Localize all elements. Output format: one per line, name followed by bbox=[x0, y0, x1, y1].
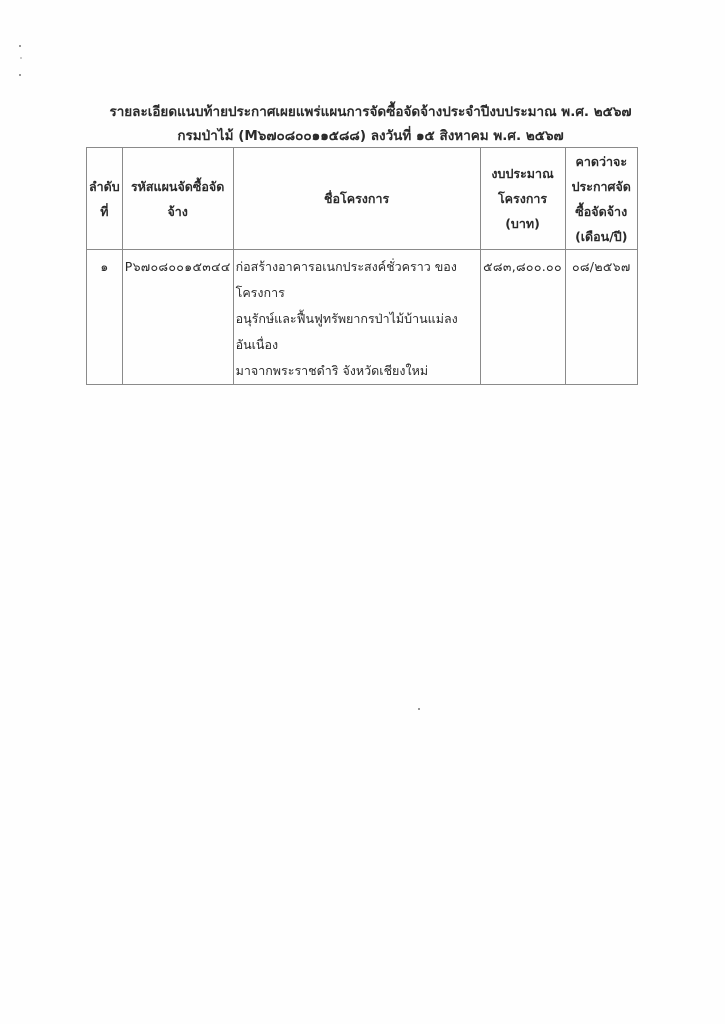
procurement-plan-table: ลำดับ ที่ รหัสแผนจัดซื้อจัด จ้าง ชื่อโคร… bbox=[86, 147, 638, 385]
document-title: รายละเอียดแนบท้ายประกาศเผยแพร่แผนการจัดซ… bbox=[8, 100, 725, 122]
header-project-name-line: ชื่อโครงการ bbox=[236, 186, 478, 211]
header-budget-line: โครงการ bbox=[483, 186, 563, 211]
header-no-line: ลำดับ bbox=[89, 174, 120, 199]
project-name-line: มาจากพระราชดำริ จังหวัดเชียงใหม่ bbox=[236, 358, 478, 384]
scan-speck bbox=[20, 57, 22, 59]
cell-expected-date: ๐๘/๒๕๖๗ bbox=[565, 250, 638, 385]
header-budget-line: งบประมาณ bbox=[483, 161, 563, 186]
header-no-line: ที่ bbox=[89, 199, 120, 224]
scan-speck bbox=[19, 45, 21, 47]
header-no: ลำดับ ที่ bbox=[87, 148, 123, 250]
header-budget: งบประมาณ โครงการ (บาท) bbox=[480, 148, 565, 250]
document-subtitle: กรมป่าไม้ (M๖๗๐๘๐๐๑๑๕๘๘) ลงวันที่ ๑๕ สิง… bbox=[8, 124, 725, 146]
header-plan-code-line: จ้าง bbox=[125, 199, 231, 224]
scan-speck bbox=[418, 708, 420, 710]
cell-no: ๑ bbox=[87, 250, 123, 385]
scan-speck bbox=[19, 74, 21, 76]
scanned-document-page: รายละเอียดแนบท้ายประกาศเผยแพร่แผนการจัดซ… bbox=[0, 0, 725, 1024]
cell-project-name: ก่อสร้างอาคารอเนกประสงค์ชั่วคราว ของโครง… bbox=[233, 250, 480, 385]
header-expected-date-line: ซื้อจัดจ้าง bbox=[568, 199, 636, 224]
project-name-line: อนุรักษ์และฟื้นฟูทรัพยากรป่าไม้บ้านแม่ลง… bbox=[236, 306, 478, 358]
header-budget-line: (บาท) bbox=[483, 211, 563, 236]
header-expected-date-line: (เดือน/ปี) bbox=[568, 224, 636, 249]
header-project-name: ชื่อโครงการ bbox=[233, 148, 480, 250]
table-row: ๑ P๖๗๐๘๐๐๑๕๓๔๔ ก่อสร้างอาคารอเนกประสงค์ช… bbox=[87, 250, 638, 385]
table-header-row: ลำดับ ที่ รหัสแผนจัดซื้อจัด จ้าง ชื่อโคร… bbox=[87, 148, 638, 250]
header-plan-code-line: รหัสแผนจัดซื้อจัด bbox=[125, 174, 231, 199]
cell-plan-code: P๖๗๐๘๐๐๑๕๓๔๔ bbox=[122, 250, 233, 385]
project-name-line: ก่อสร้างอาคารอเนกประสงค์ชั่วคราว ของโครง… bbox=[236, 254, 478, 306]
header-expected-date-line: คาดว่าจะ bbox=[568, 149, 636, 174]
header-expected-date-line: ประกาศจัด bbox=[568, 174, 636, 199]
header-expected-date: คาดว่าจะ ประกาศจัด ซื้อจัดจ้าง (เดือน/ปี… bbox=[565, 148, 638, 250]
header-plan-code: รหัสแผนจัดซื้อจัด จ้าง bbox=[122, 148, 233, 250]
cell-budget: ๕๘๓,๘๐๐.๐๐ bbox=[480, 250, 565, 385]
